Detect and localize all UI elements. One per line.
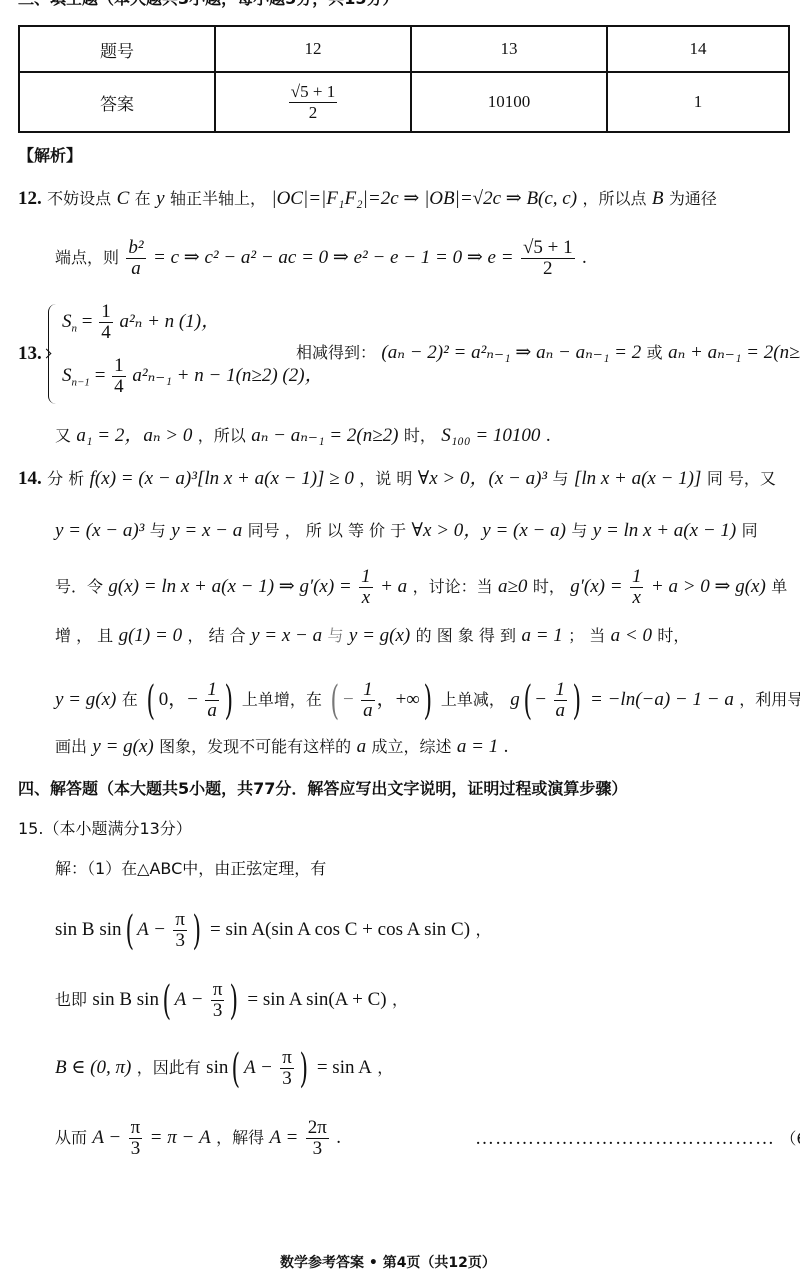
math: f(x) = (x − a)³[ln x + a(x − 1)] ≥ 0 [90, 468, 354, 489]
math: . [546, 425, 551, 446]
fraction: 1 a [205, 680, 219, 721]
math: [ln x + a(x − 1)] [574, 468, 701, 489]
fraction: 2π 3 [306, 1118, 329, 1159]
text: 同 [742, 521, 758, 540]
math: B ∈ (0, π) [55, 1057, 131, 1078]
text: ，因此有 [137, 1058, 201, 1077]
math: B [652, 188, 664, 209]
score-label: （6分） [780, 1129, 800, 1148]
math: . [336, 1127, 341, 1148]
brace-icon [48, 304, 59, 404]
question-number: 14. [18, 468, 42, 489]
math: = −ln(−a) − 1 − a [590, 689, 734, 710]
fraction: 1 a [554, 680, 568, 721]
text: 上单增，在 [242, 690, 322, 709]
fraction: π 3 [129, 1118, 143, 1159]
text: 同 号，又 [707, 469, 776, 488]
math: + a > 0 ⇒ g(x) [651, 576, 766, 597]
math: = sin A(sin A cos C + cos A sin C) [210, 919, 470, 940]
math: a [357, 736, 367, 757]
right-paren-icon: ) [299, 1049, 308, 1089]
text: 或 [647, 343, 663, 362]
left-paren-icon: ( [125, 911, 134, 951]
table-answer-label: 答案 [19, 72, 215, 132]
math: A = [270, 1127, 299, 1148]
fraction: 1 4 [112, 356, 126, 397]
math: y = (x − a)³ [55, 520, 144, 541]
table-cell-question-12: 12 [215, 26, 411, 72]
math: A − [175, 989, 204, 1010]
text: ，讨论：当 [413, 577, 493, 596]
table-row-header: 题号 12 13 14 [19, 26, 789, 72]
math: ∀x > 0，y = (x − a) [412, 520, 566, 541]
q13-eq-1: Sn = 1 4 a²ₙ + n (1)， [62, 302, 220, 343]
text: 又 [55, 426, 71, 445]
q13-subtract: 相减得到： (aₙ − 2)² = a²ₙ₋₁ ⇒ aₙ − aₙ₋₁ = 2 … [296, 342, 800, 364]
table-cell-answer-14: 1 [607, 72, 789, 132]
text: 画出 [55, 737, 87, 756]
math: |OC|=|F₁F₂|=2c ⇒ |OB|=√2c ⇒ B(c, c) [271, 188, 577, 209]
fraction: π 3 [173, 910, 187, 951]
math: . [504, 736, 509, 757]
text: 与 [328, 626, 344, 645]
score-leader-dots: ……………………………………… [475, 1128, 775, 1149]
table-cell-answer-12: √5 + 1 2 [215, 72, 411, 132]
table-cell-answer-13: 10100 [411, 72, 607, 132]
text: 也即 [55, 990, 87, 1009]
text: 号．令 [55, 577, 103, 596]
math: y = ln x + a(x − 1) [593, 520, 736, 541]
math: a < 0 [611, 625, 652, 646]
q15-line-3: 也即 sin B sin(A − π 3 ) = sin A sin(A + C… [55, 980, 408, 1021]
left-paren-icon: ( [232, 1049, 241, 1089]
math: y = x − a [171, 520, 242, 541]
text: 时， [657, 626, 689, 645]
text: 为通径 [669, 189, 717, 208]
answer-table: 题号 12 13 14 答案 √5 + 1 2 10100 1 [18, 25, 790, 133]
text: ， [475, 920, 491, 939]
fraction: 1 a [361, 680, 375, 721]
math: sin B sin [55, 919, 122, 940]
text: 成立，综述 [372, 737, 452, 756]
math: g(1) = 0 [119, 625, 182, 646]
text: 与 [571, 521, 587, 540]
text: ，解得 [216, 1128, 264, 1147]
math: 0，− [159, 689, 198, 710]
text: 分 析 [47, 469, 84, 488]
math: S [62, 365, 72, 386]
math: = π − A [150, 1127, 211, 1148]
q15-line-4: B ∈ (0, π) ，因此有 sin(A − π 3 ) = sin A ， [55, 1048, 393, 1089]
left-paren-icon: ( [523, 681, 532, 721]
text: 同号 ， 所 以 等 价 于 [248, 521, 407, 540]
q13-eq-2: Sn−1 = 1 4 a²ₙ₋₁ + n − 1(n≥2) (2)， [62, 356, 324, 397]
fraction: b² a [126, 238, 145, 279]
text: 与 [150, 521, 166, 540]
q14-line-1: 14. 分 析 f(x) = (x − a)³[ln x + a(x − 1)]… [18, 468, 776, 490]
q15-title: 15.（本小题满分13分） [18, 818, 192, 840]
math: . [582, 247, 587, 268]
q12-line-1: 12. 不妨设点 C 在 y 轴正半轴上， |OC|=|F₁F₂|=2c ⇒ |… [18, 188, 717, 210]
page-footer: 数学参考答案 • 第4页（共12页） [280, 1252, 496, 1274]
q14-line-2: y = (x − a)³ 与 y = x − a 同号 ， 所 以 等 价 于 … [55, 520, 758, 542]
math: g(x) = ln x + a(x − 1) ⇒ g′(x) = [108, 576, 351, 597]
math: a₁ = 2，aₙ > 0 [76, 425, 192, 446]
text: ， [392, 990, 408, 1009]
math: sin B sin [92, 989, 159, 1010]
q12-line-2: 端点，则 b² a = c ⇒ c² − a² − ac = 0 ⇒ e² − … [55, 238, 587, 279]
right-paren-icon: ) [423, 681, 432, 721]
math: g′(x) = [570, 576, 622, 597]
text: ，所以 [198, 426, 246, 445]
q14-line-4: 增 ， 且 g(1) = 0 ， 结 合 y = x − a 与 y = g(x… [55, 625, 689, 647]
math: A − [137, 919, 166, 940]
math: y = g(x) [349, 625, 410, 646]
question-number: 13. [18, 343, 42, 365]
math: A − [244, 1057, 273, 1078]
math: = c ⇒ c² − a² − ac = 0 ⇒ e² − e − 1 = 0 … [153, 247, 514, 268]
math: S [62, 311, 72, 332]
text: ； 当 [568, 626, 605, 645]
fraction: π 3 [280, 1048, 294, 1089]
math: y = x − a [251, 625, 322, 646]
left-paren-icon: ( [162, 981, 171, 1021]
math: a = 1 [457, 736, 498, 757]
math: a = 1 [521, 625, 562, 646]
q14-line-3: 号．令 g(x) = ln x + a(x − 1) ⇒ g′(x) = 1 x… [55, 567, 787, 608]
text: 在 [135, 189, 151, 208]
q15-line-1: 解：（1）在△ABC中，由正弦定理，有 [55, 858, 326, 880]
math: A − [92, 1127, 121, 1148]
math: ∀x > 0，(x − a)³ [418, 468, 547, 489]
fraction: 1 x [630, 567, 644, 608]
fraction: 1 4 [99, 302, 113, 343]
math: C [117, 188, 130, 209]
q15-line-5: 从而 A − π 3 = π − A ，解得 A = 2π 3 . [55, 1118, 341, 1159]
math: aₙ + aₙ₋₁ = 2(n≥2)， [668, 342, 800, 363]
table-cell-question-13: 13 [411, 26, 607, 72]
text: ，利用导数， [739, 690, 800, 709]
section-4-heading: 四、解答题（本大题共5小题，共77分．解答应写出文字说明，证明过程或演算步骤） [18, 778, 627, 800]
text: 增 ， 且 [55, 626, 113, 645]
analysis-label: 【解析】 [18, 145, 82, 167]
math: n−1 [72, 377, 90, 389]
fraction: 1 x [359, 567, 373, 608]
q14-line-5: y = g(x) 在 (0，− 1 a ) 上单增，在 (− 1 a ，+∞) … [55, 680, 800, 721]
math: sin [206, 1057, 228, 1078]
math: a²ₙ + n (1)， [119, 311, 220, 332]
table-row-answers: 答案 √5 + 1 2 10100 1 [19, 72, 789, 132]
right-paren-icon: ) [573, 681, 582, 721]
text: 端点，则 [55, 248, 119, 267]
q14-line-6: 画出 y = g(x) 图象，发现不可能有这样的 a 成立，综述 a = 1 . [55, 736, 508, 758]
math: (aₙ − 2)² = a²ₙ₋₁ ⇒ aₙ − aₙ₋₁ = 2 [381, 342, 641, 363]
math: n [72, 323, 78, 335]
table-cell-question-14: 14 [607, 26, 789, 72]
text: ， 结 合 [187, 626, 245, 645]
math: y = g(x) [55, 689, 116, 710]
question-number: 12. [18, 188, 42, 209]
text: ， [377, 1058, 393, 1077]
math: y [156, 188, 164, 209]
text: ，说 明 [359, 469, 412, 488]
text: 不妨设点 [47, 189, 111, 208]
math: = sin A sin(A + C) [247, 989, 386, 1010]
text: 时， [533, 577, 565, 596]
left-paren-icon: ( [147, 681, 156, 721]
math: g [510, 689, 520, 710]
left-paren-icon: ( [331, 681, 340, 721]
right-paren-icon: ) [230, 981, 239, 1021]
text: 在 [122, 690, 138, 709]
text: 上单减， [441, 690, 505, 709]
right-paren-icon: ) [192, 911, 201, 951]
text: 图象，发现不可能有这样的 [159, 737, 351, 756]
q15-line-2: sin B sin(A − π 3 ) = sin A(sin A cos C … [55, 910, 491, 951]
section-3-heading: 三、填空题（本大题共3小题，每小题5分，共15分） [18, 0, 399, 10]
text: ，所以点 [582, 189, 646, 208]
fraction: √5 + 1 2 [289, 82, 337, 123]
text: 轴正半轴上， [170, 189, 266, 208]
q13-line-3: 又 a₁ = 2，aₙ > 0 ，所以 aₙ − aₙ₋₁ = 2(n≥2) 时… [55, 425, 551, 447]
fraction: π 3 [211, 980, 225, 1021]
text: 相减得到： [296, 343, 376, 362]
math: − [343, 689, 354, 710]
math: S₁₀₀ = 10100 [441, 425, 540, 446]
math: y = g(x) [92, 736, 153, 757]
text: 与 [553, 469, 569, 488]
text: 的 图 象 得 到 [416, 626, 516, 645]
text: 时， [404, 426, 436, 445]
math: a≥0 [498, 576, 527, 597]
math: a²ₙ₋₁ + n − 1(n≥2) (2)， [132, 365, 323, 386]
right-paren-icon: ) [224, 681, 233, 721]
math: + a [380, 576, 407, 597]
q15-score: ……………………………………… （6分） [475, 1128, 800, 1150]
math: = sin A [317, 1057, 372, 1078]
math: ，+∞ [377, 689, 420, 710]
fraction: √5 + 1 2 [521, 238, 575, 279]
math: aₙ − aₙ₋₁ = 2(n≥2) [251, 425, 398, 446]
text: 单 [771, 577, 787, 596]
text: 从而 [55, 1128, 87, 1147]
table-header-label: 题号 [19, 26, 215, 72]
